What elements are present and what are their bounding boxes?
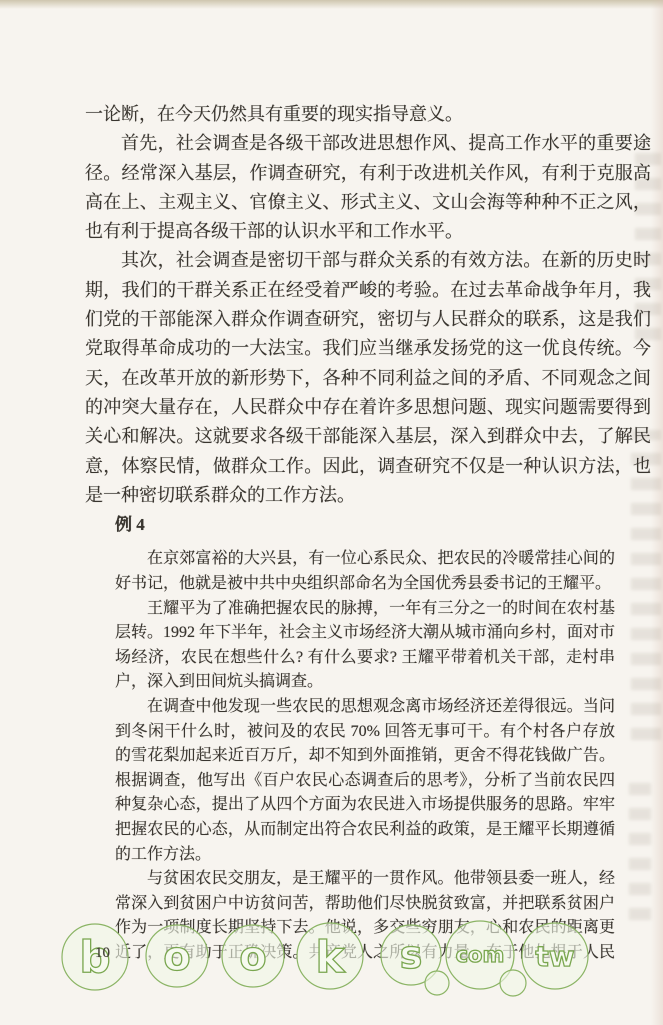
example-paragraph: 在调查中他发现一些农民的思想观念离市场经济还差得很远。当问到冬闲干什么时，被问及…: [115, 695, 615, 867]
paragraph-continuation: 一论断，在今天仍然具有重要的现实指导意义。: [85, 100, 651, 129]
watermark-letter-com: com: [456, 943, 505, 967]
scan-artifact-top-edge: [0, 0, 663, 9]
example-paragraph: 在京郊富裕的大兴县，有一位心系民众、把农民的冷暖常挂心间的好书记，他就是被中共中…: [115, 547, 615, 596]
watermark-letter-tw: tw: [535, 940, 574, 973]
watermark-letter-k: k: [315, 932, 346, 983]
example-block: 在京郊富裕的大兴县，有一位心系民众、把农民的冷暖常挂心间的好书记，他就是被中共中…: [115, 547, 615, 965]
watermark-letter-o: o: [163, 934, 190, 980]
scanned-book-page: 一论断，在今天仍然具有重要的现实指导意义。 首先，社会调查是各级干部改进思想作风…: [0, 0, 663, 1025]
watermark-letter-o: o: [239, 934, 266, 980]
paragraph: 首先，社会调查是各级干部改进思想作风、提高工作水平的重要途径。经常深入基层，作调…: [85, 129, 651, 246]
watermark-letter-s: s: [400, 933, 423, 977]
scan-artifact-right-edge: [651, 0, 663, 1025]
paragraph: 其次，社会调查是密切干部与群众关系的有效方法。在新的历史时期，我们的干群关系正在…: [85, 246, 651, 510]
booksq-watermark: b o o k s com tw: [55, 913, 615, 1023]
example-label: 例 4: [115, 510, 651, 539]
page-number: 10: [95, 945, 110, 962]
example-paragraph: 王耀平为了准确把握农民的脉搏，一年有三分之一的时间在农村基层转。1992 年下半…: [115, 597, 615, 695]
body-text: 一论断，在今天仍然具有重要的现实指导意义。 首先，社会调查是各级干部改进思想作风…: [85, 100, 651, 966]
